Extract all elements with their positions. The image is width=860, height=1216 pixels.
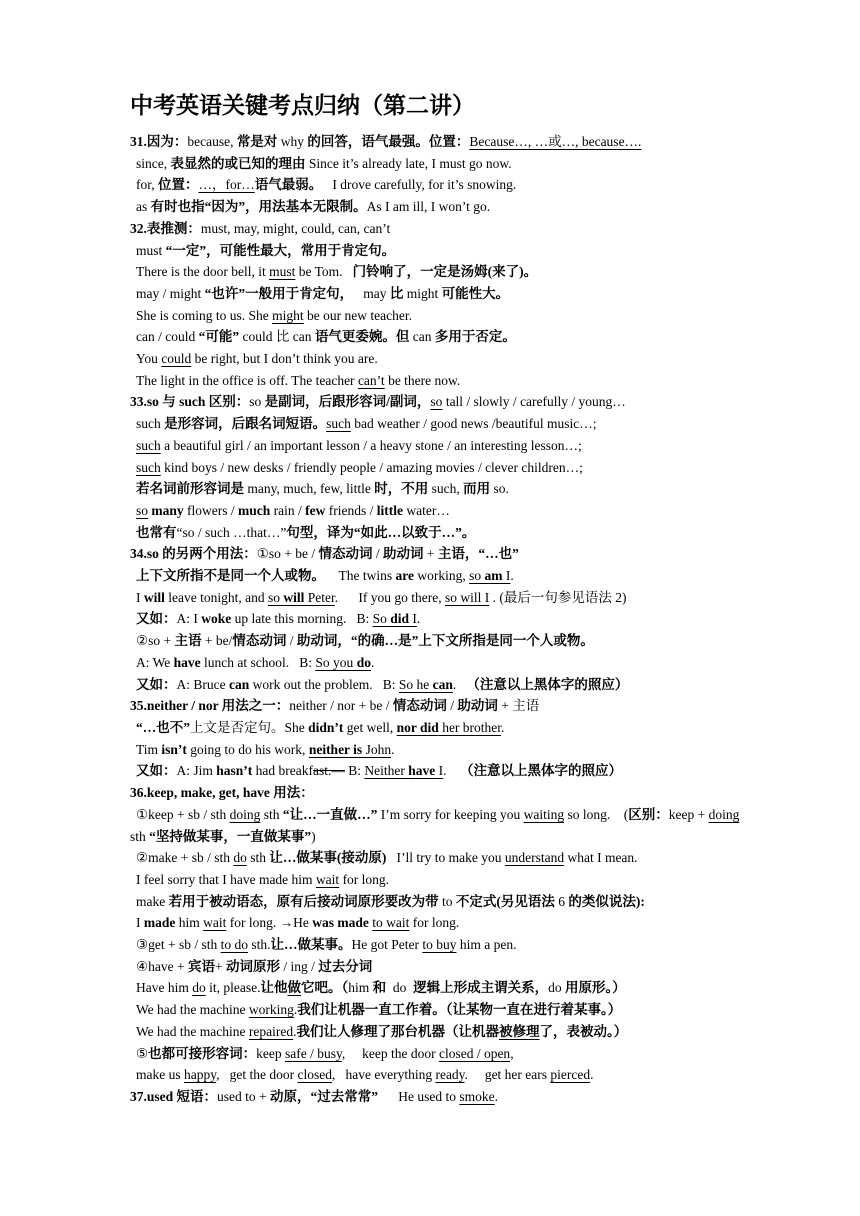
text-run: 语气更委婉。但 [315,329,410,344]
text-line: 上下文所指不是同一个人或物。 The twins are working, so… [130,565,742,587]
text-run: sth. [248,937,271,952]
text-run: doing [230,807,261,822]
text-run: waiting [524,807,565,822]
text-run: can / could [136,329,199,344]
text-run: so [249,394,264,409]
text-run: + [424,546,438,561]
text-run: 了，表被动。） [539,1024,627,1039]
text-run: be Tom. [295,264,352,279]
text-run: be right, but I don’t think you are. [191,351,377,366]
text-run: 是副词，后跟形容词/副词， [265,394,431,409]
text-run: doing [709,807,740,822]
text-run: can [229,677,249,692]
text-run: ready [435,1067,464,1082]
text-run: 过去分词 [318,959,372,974]
text-run: 让…做某事。 [271,937,352,952]
text-run: / [447,698,458,713]
text-run: I feel sorry that I have made him [136,872,316,887]
text-run: . [590,1067,593,1082]
text-run: “让…一直做…” [283,807,378,822]
text-run: 上下文所指不是同一个人或物。 [136,568,325,583]
text-run: . [443,763,460,778]
text-run: 语气最弱。 [255,177,323,192]
text-run: “也许”一般用于肯定句， [205,286,354,301]
text-run: make us [136,1067,184,1082]
text-run: We had the machine [136,1024,249,1039]
text-line: A: We have lunch at school. B: So you do… [130,652,742,674]
text-run: happy [184,1067,216,1082]
text-run: am [485,568,503,583]
text-run: a beautiful girl / an important lesson /… [161,438,582,453]
text-run: 主语，“…也” [438,546,519,561]
text-run: such [136,438,161,453]
text-run: smoke [459,1089,494,1104]
text-run: much [238,503,270,518]
text-run: “…也不” [136,720,190,735]
text-run: He got Peter [352,937,423,952]
text-run: 若名词前形容词是 [136,481,247,496]
text-run: safe / busy [285,1046,342,1061]
text-run: The light in the office is off. The teac… [136,373,358,388]
text-run: …，for… [198,177,254,192]
text-run: Neither [364,763,408,778]
text-run: ④have + [136,959,188,974]
text-run: 情态动词 [393,698,447,713]
text-run: 被修理 [499,1024,540,1039]
text-run: to [442,894,456,909]
text-run: get well, [343,720,396,735]
text-run: can [409,329,434,344]
text-run: She is coming to us. She [136,308,272,323]
text-run: what I mean. [564,850,637,865]
text-run: sth [260,807,283,822]
text-line: ③get + sb / sth to do sth.让…做某事。He got P… [130,934,742,956]
text-run: I [409,611,417,626]
text-run: . (最后一句参见语法 2) [489,590,626,605]
text-run: 又如： [136,763,177,778]
text-run: 动词原形 [226,959,280,974]
text-run: could [161,351,191,366]
text-line: 若名词前形容词是 many, much, few, little 时，不用 su… [130,478,742,500]
text-run: wait [316,872,339,887]
text-run: 多用于否定。 [435,329,516,344]
text-run: 33.so 与 such 区别： [130,394,249,409]
text-line: She is coming to us. She might be our ne… [130,305,742,327]
text-run: to do [221,937,248,952]
text-run: , have everything [332,1067,435,1082]
text-run: was made [312,915,369,930]
text-run: 31.因为： [130,134,187,149]
text-line: so many flowers / much rain / few friend… [130,500,742,522]
text-run: The twins [325,568,396,583]
text-run: neither / nor + be / [289,698,393,713]
text-run: 逻辑上形成主谓关系， [413,980,548,995]
text-run: I [136,590,144,605]
text-run: 又如： [136,677,177,692]
text-run: A: We [136,655,174,670]
text-run: such [136,460,161,475]
text-run: working [249,1002,294,1017]
text-run: did [390,611,409,626]
text-line: I made him wait for long. →He was made t… [130,912,742,934]
text-run: it, please. [206,980,261,995]
text-run: Tim [136,742,161,757]
text-run: many, much, few, little [247,481,374,496]
text-run: 而用 [463,481,493,496]
text-run: understand [505,850,564,865]
text-run: ①so + be / [257,546,319,561]
text-run: I’m sorry for keeping you [377,807,523,822]
text-run: for long. [339,872,389,887]
text-run: ast.— [313,763,345,778]
text-run: 是形容词，后跟名词短语。 [164,416,326,431]
text-run: such [326,416,351,431]
text-run: ①keep + sb / sth [136,807,230,822]
text-run: B: [345,763,365,778]
document-page: 中考英语关键考点归纳（第二讲） 31.因为：because, 常是对 why 的… [0,0,860,1216]
text-line: We had the machine working.我们让机器一直工作着。（让… [130,999,742,1021]
text-run: neither is [309,742,362,757]
text-run: We had the machine [136,1002,249,1017]
text-run: may / might [136,286,205,301]
text-line: as 有时也指“因为”，用法基本无限制。As I am ill, I won’t… [130,196,742,218]
text-run: her brother [439,720,501,735]
text-run: 有时也指“因为”，用法基本无限制。 [151,199,367,214]
text-run: to buy [422,937,456,952]
text-run: 用原形。） [565,980,626,995]
text-run: might [403,286,441,301]
text-run: ) [311,829,316,844]
text-run: So [373,611,391,626]
text-run: 主语 [174,633,201,648]
text-run: 区别： [628,807,669,822]
text-run: 情态动词 [232,633,286,648]
text-line: sth “坚持做某事，一直做某事”) [130,826,742,848]
text-run: . get her ears [465,1067,551,1082]
text-run: do [386,980,413,995]
text-run: + be/ [201,633,232,648]
text-run: nor did [397,720,439,735]
text-run: do [357,655,371,670]
text-run: as [136,199,151,214]
text-run: “坚持做某事，一直做某事” [149,829,311,844]
text-run: John [362,742,391,757]
text-run: sth [130,829,149,844]
text-run: A: Jim [177,763,217,778]
text-run: be there now. [385,373,461,388]
text-run: going to do his work, [187,742,309,757]
text-run: hasn’t [216,763,252,778]
text-run: . [495,1089,498,1104]
text-run: Because…, …或…, because…. [469,134,641,149]
text-run: working, [414,568,469,583]
text-run: must [269,264,295,279]
text-run: used to + [217,1089,270,1104]
text-run: . [453,677,467,692]
text-run: . [510,568,513,583]
text-line: 33.so 与 such 区别：so 是副词，后跟形容词/副词，so tall … [130,391,742,413]
text-run: 动原，“过去常常” [270,1089,378,1104]
text-run: 37.used 短语： [130,1089,217,1104]
text-line: 32.表推测：must, may, might, could, can, can… [130,218,742,240]
text-line: 34.so 的另两个用法：①so + be / 情态动词 / 助动词 + 主语，… [130,543,742,565]
text-run: 助动词，“的确…是”上下文所指是同一个人或物。 [297,633,594,648]
text-run: There is the door bell, it [136,264,269,279]
text-line: since, 表显然的或已知的理由 Since it’s already lat… [130,153,742,175]
text-line: ⑤也都可接形容词：keep safe / busy, keep the door… [130,1043,742,1065]
text-line: for, 位置：…，for…语气最弱。 I drove carefully, f… [130,174,742,196]
text-run: 不定式(另见语法 [456,894,558,909]
text-run: little [377,503,403,518]
text-run: 34.so 的另两个用法： [130,546,257,561]
text-run: sth [247,850,270,865]
text-run: + [215,959,226,974]
text-line: make 若用于被动语态，原有后接动词原形要改为带 to 不定式(另见语法 6 … [130,891,742,913]
text-run: I [435,763,443,778]
text-run: 又如： [136,611,177,626]
text-run: . If you go there, [335,590,445,605]
text-run: A: I [177,611,202,626]
text-run: rain / [270,503,305,518]
text-run: are [396,568,415,583]
text-run: ⑤ [136,1046,148,1061]
text-run: wait [203,915,226,930]
text-run: must, may, might, could, can, can’t [201,221,390,236]
text-run: do [192,980,206,995]
text-line: ④have + 宾语+ 动词原形 / ing / 过去分词 [130,956,742,978]
document-body: 31.因为：because, 常是对 why 的回答，语气最强。位置：Becau… [130,131,742,1108]
text-run: 让他 [260,980,287,995]
text-run: 的回答，语气最强。位置： [307,134,469,149]
text-run: As I am ill, I won’t go. [367,199,491,214]
text-run: 让…做某事(接动原) [269,850,386,865]
text-run: have [174,655,201,670]
text-run: made [144,915,176,930]
text-run: I’ll try to make you [386,850,504,865]
text-run: 助动词 [457,698,498,713]
text-run: have [408,763,435,778]
text-run: do [548,980,565,995]
text-run: ②so + [136,633,174,648]
text-line: make us happy, get the door closed, have… [130,1064,742,1086]
text-run: 6 [558,894,568,909]
text-run: so [268,590,283,605]
text-run: 也常有 [136,525,177,540]
text-run: 表显然的或已知的理由 [171,156,309,171]
text-line: can / could “可能” could 比 can 语气更委婉。但 can… [130,326,742,348]
text-run: make [136,894,169,909]
text-run: / ing / [280,959,318,974]
text-run: didn’t [308,720,343,735]
text-run: 若用于被动语态，原有后接动词原形要改为带 [169,894,442,909]
text-run: 36.keep, make, get, have 用法： [130,785,314,800]
text-run: do [233,850,247,865]
text-run: bad weather / good news /beautiful music… [351,416,597,431]
text-run: 我们让人修理了那台机器（让机器 [296,1024,499,1039]
text-run: so. [493,481,508,496]
text-line: 也常有“so / such …that…”句型，译为“如此…以致于…”。 [130,522,742,544]
text-run: Have him [136,980,192,995]
text-run: Since it’s already late, I must go now. [309,156,512,171]
text-run: 它吧。 [301,980,342,995]
text-run: him a pen. [457,937,517,952]
text-run: to wait [372,915,409,930]
text-run: can [433,677,453,692]
text-run: might [272,308,304,323]
text-run: . [501,720,504,735]
text-run: pierced [550,1067,590,1082]
text-run: 32.表推测： [130,221,201,236]
text-line: such a beautiful girl / an important les… [130,435,742,457]
text-run: . [371,655,374,670]
text-run: will [283,590,304,605]
text-run: for, [136,177,158,192]
text-run: kind boys / new desks / friendly people … [161,460,583,475]
text-run: You [136,351,161,366]
text-run: “so / such …that…” [177,525,287,540]
text-run: can’t [358,373,385,388]
text-line: Tim isn’t going to do his work, neither … [130,739,742,761]
text-line: I will leave tonight, and so will Peter.… [130,587,742,609]
text-run: up late this morning. B: [231,611,372,626]
text-run: so will I [445,590,489,605]
text-run: water… [403,503,450,518]
text-line: ②make + sb / sth do sth 让…做某事(接动原) I’ll … [130,847,742,869]
text-run: , keep the door [342,1046,439,1061]
text-line: ①keep + sb / sth doing sth “让…一直做…” I’m … [130,804,742,826]
text-run: such, [432,481,464,496]
text-run: keep + [669,807,709,822]
text-run: （注意以上黑体字的照应） [466,677,628,692]
text-run: I [136,915,144,930]
text-line: The light in the office is off. The teac… [130,370,742,392]
text-run: He used to [378,1089,459,1104]
text-run: since, [136,156,171,171]
text-run: so [136,503,148,518]
text-line: such 是形容词，后跟名词短语。such bad weather / good… [130,413,742,435]
text-run: “一定”，可能性最大，常用于肯定句。 [166,243,396,258]
text-line: 37.used 短语：used to + 动原，“过去常常” He used t… [130,1086,742,1108]
text-run: 和 [373,980,387,995]
text-run: could 比 can [239,329,315,344]
text-run: “如此…以致于…”。 [354,525,476,540]
text-line: may / might “也许”一般用于肯定句， may 比 might 可能性… [130,283,742,305]
text-run: 35.neither / nor 用法之一： [130,698,289,713]
text-run: many [151,503,183,518]
text-run: tall / slowly / carefully / young… [442,394,625,409]
text-run: ③get + sb / sth [136,937,221,952]
text-run: few [305,503,325,518]
text-run: for long. [409,915,459,930]
text-run: So he [399,677,433,692]
text-run: so [469,568,484,583]
text-run: 宾语 [188,959,215,974]
text-run: A: Bruce [177,677,229,692]
text-run: 可能性大。 [442,286,510,301]
text-run: , [510,1046,513,1061]
text-run: 位置： [158,177,199,192]
text-line: 35.neither / nor 用法之一：neither / nor + be… [130,695,742,717]
text-run: work out the problem. B: [249,677,399,692]
text-run: / [286,633,297,648]
text-line: 36.keep, make, get, have 用法： [130,782,742,804]
text-run: 门铃响了，一定是汤姆(来了)。 [353,264,538,279]
text-run: Peter [304,590,334,605]
page-title: 中考英语关键考点归纳（第二讲） [130,92,742,120]
text-run: 也都可接形容词： [148,1046,256,1061]
text-line: such kind boys / new desks / friendly pe… [130,457,742,479]
text-run: friends / [325,503,376,518]
text-run: . [417,611,420,626]
text-run: 比 [390,286,404,301]
text-line: We had the machine repaired.我们让人修理了那台机器（… [130,1021,742,1043]
text-line: 又如：A: I woke up late this morning. B: So… [130,608,742,630]
text-run: I drove carefully, for it’s snowing. [322,177,516,192]
text-line: “…也不”上文是否定句。She didn’t get well, nor did… [130,717,742,739]
text-run: ②make + sb / sth [136,850,233,865]
text-run: isn’t [161,742,187,757]
text-run: + 主语 [498,698,539,713]
text-run: 情态动词 [318,546,372,561]
text-run: so [430,394,442,409]
text-run: closed [297,1067,332,1082]
text-run: 的类似说法): [568,894,645,909]
text-run: had breakf [252,763,313,778]
text-line: must “一定”，可能性最大，常用于肯定句。 [130,240,742,262]
text-run: him [175,915,203,930]
text-line: I feel sorry that I have made him wait f… [130,869,742,891]
text-run: so long. ( [564,807,628,822]
text-run: why [281,134,308,149]
text-run: 时，不用 [374,481,431,496]
text-run: flowers / [184,503,238,518]
text-run: repaired [249,1024,293,1039]
text-run: closed / open [439,1046,510,1061]
text-run: 我们让机器一直工作着。（让某物一直在进行着某事。） [297,1002,621,1017]
text-run: such [136,416,164,431]
text-run: will [144,590,165,605]
text-run: must [136,243,166,258]
text-run: for long. →He [226,915,312,930]
text-line: ②so + 主语 + be/情态动词 / 助动词，“的确…是”上下文所指是同一个… [130,630,742,652]
text-run: 上文是否定句。She [190,720,308,735]
text-line: 31.因为：because, 常是对 why 的回答，语气最强。位置：Becau… [130,131,742,153]
text-run: 句型，译为 [286,525,354,540]
text-run: because, [187,134,236,149]
text-run: lunch at school. B: [201,655,316,670]
text-run: keep [256,1046,285,1061]
text-run: / [372,546,383,561]
text-line: You could be right, but I don’t think yo… [130,348,742,370]
text-run: 做 [287,980,301,995]
text-run: So you [315,655,356,670]
text-line: 又如：A: Jim hasn’t had breakfast.— B: Neit… [130,760,742,782]
text-line: There is the door bell, it must be Tom. … [130,261,742,283]
text-run: may [353,286,390,301]
text-line: 又如：A: Bruce can work out the problem. B:… [130,674,742,696]
text-run: , get the door [216,1067,297,1082]
text-line: Have him do it, please.让他做它吧。（him 和 do 逻… [130,977,742,999]
text-run: （注意以上黑体字的照应） [460,763,622,778]
text-run: him [348,980,372,995]
text-run: . [391,742,394,757]
text-run: leave tonight, and [165,590,268,605]
text-run: “可能” [199,329,240,344]
text-run: 助动词 [383,546,424,561]
text-run: be our new teacher. [304,308,412,323]
text-run: woke [201,611,231,626]
text-run: 常是对 [237,134,281,149]
